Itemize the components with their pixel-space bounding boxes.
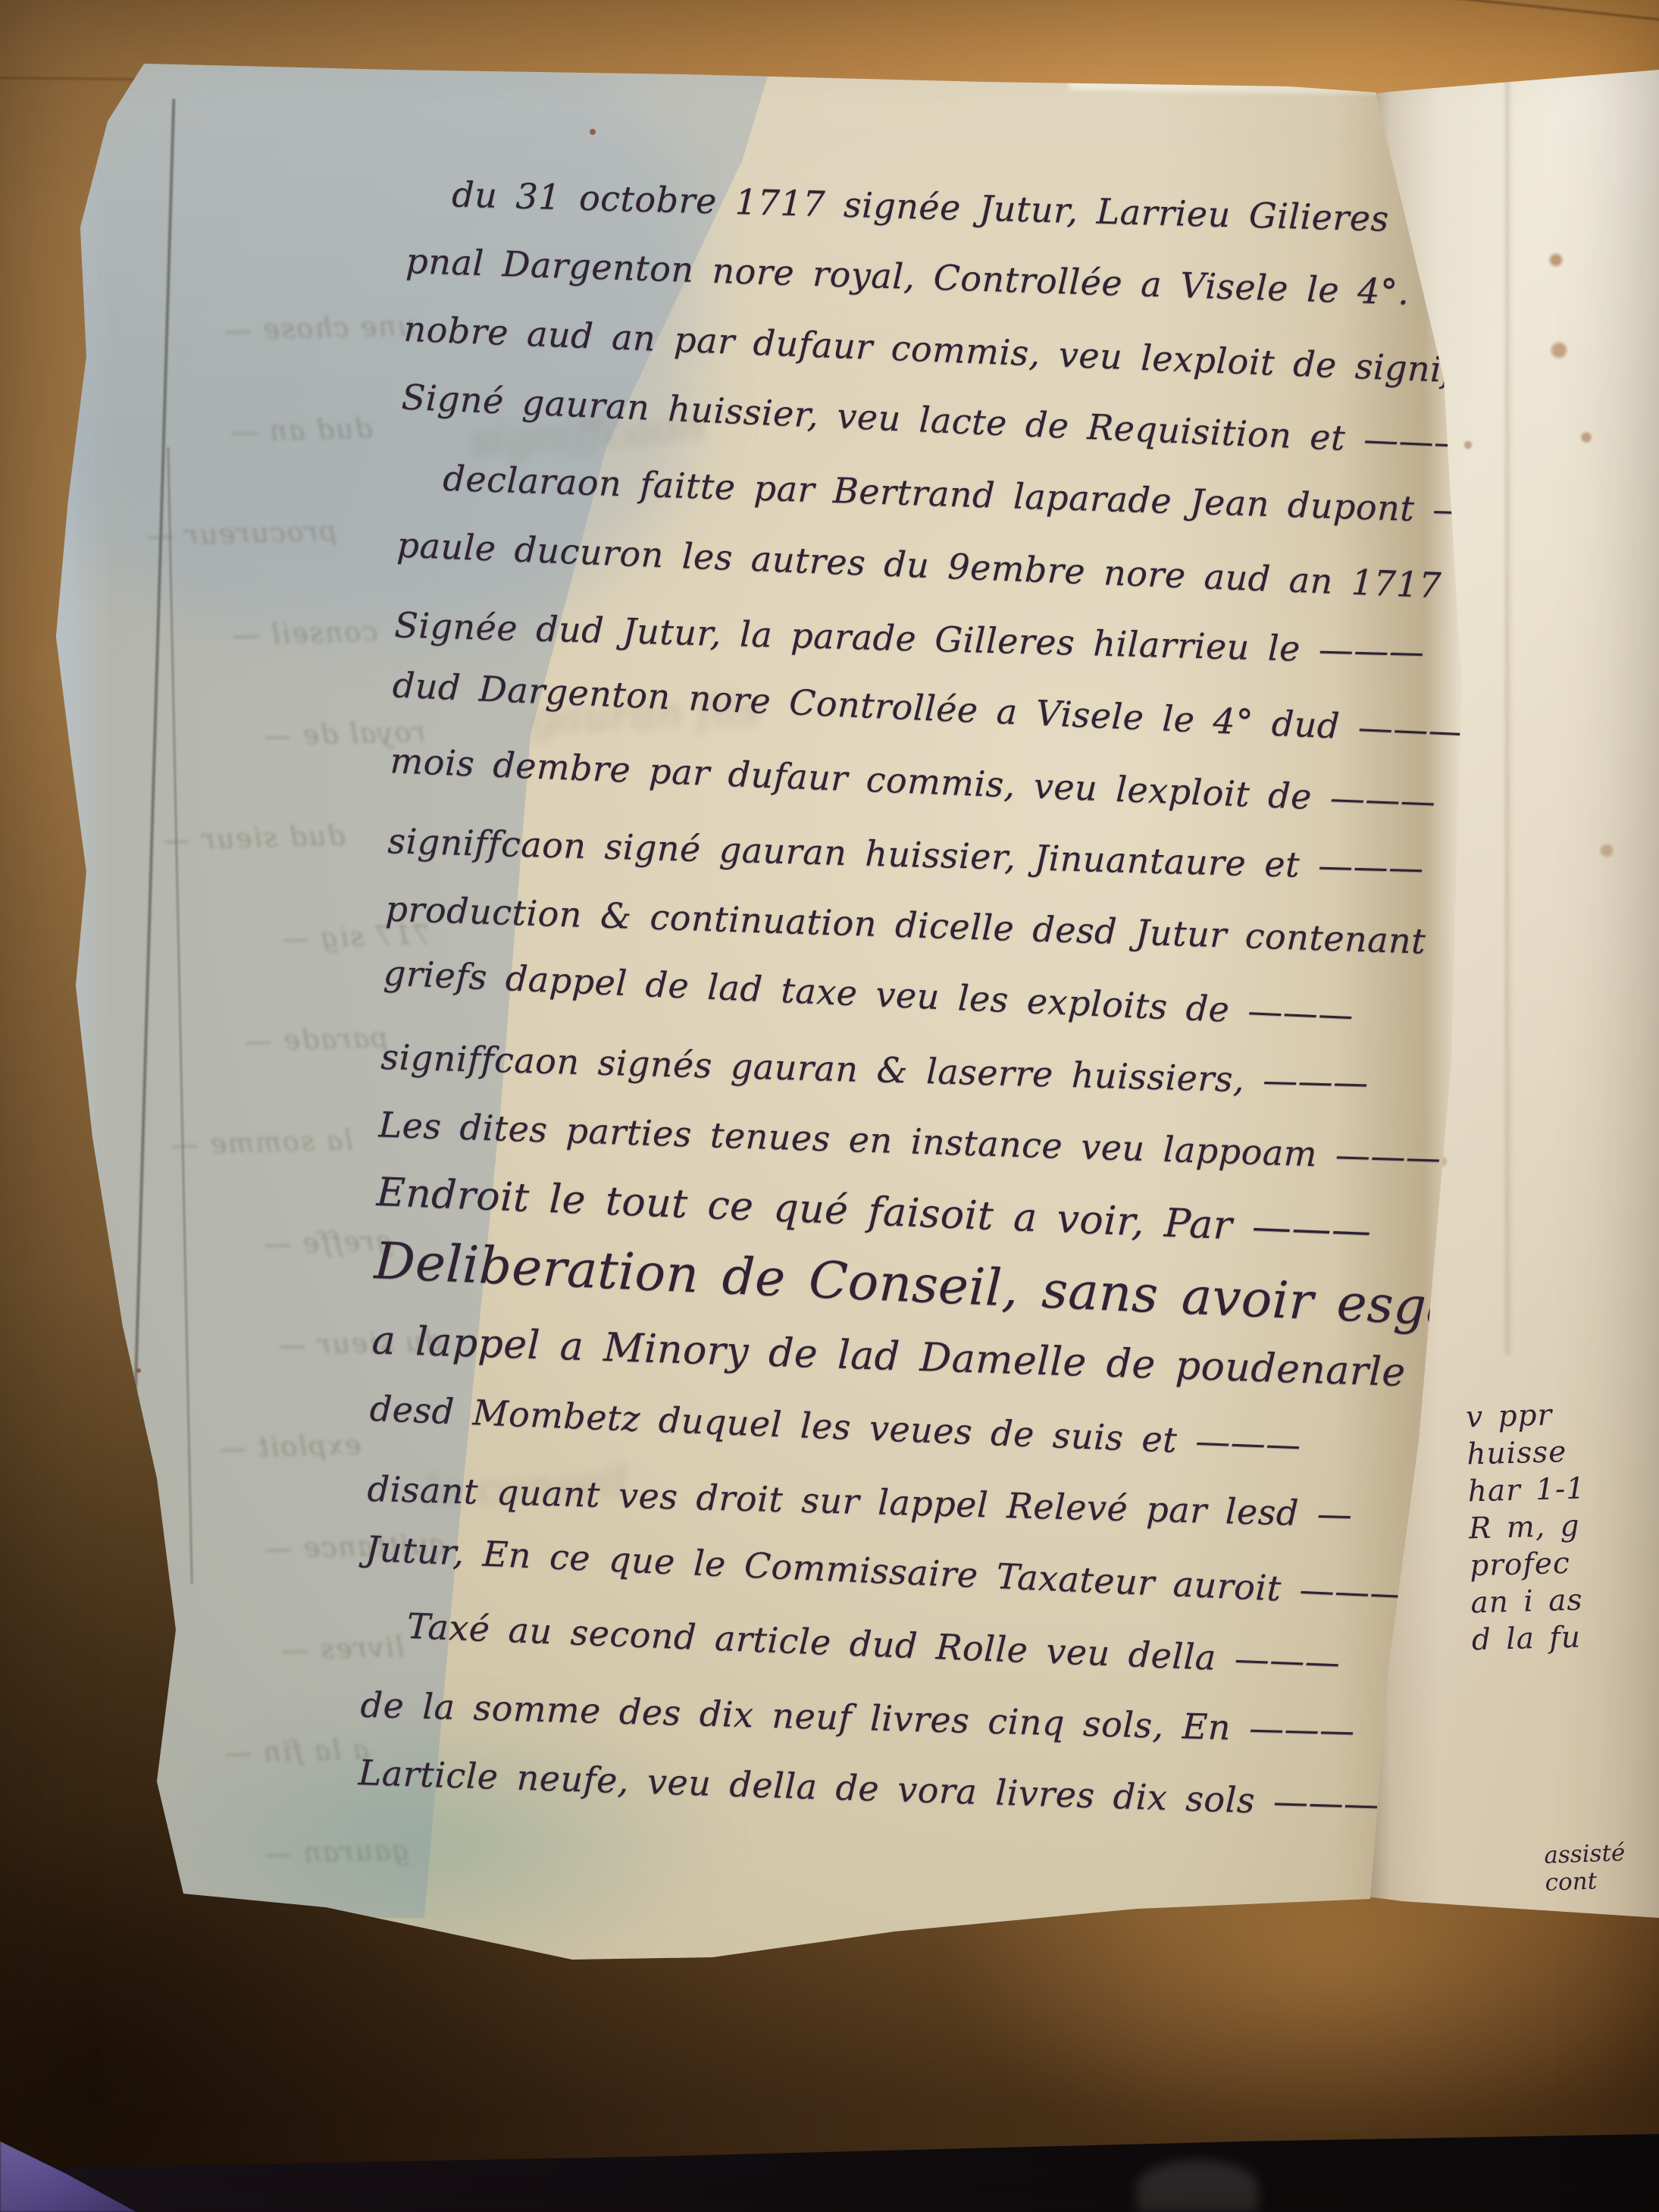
adjacent-page-line: d la fu: [1471, 1617, 1659, 1659]
adjacent-page-note-line: assisté: [1544, 1839, 1626, 1869]
adjacent-page-note: assisté cont: [1544, 1839, 1626, 1897]
adjacent-page-text: v ppr huisse har 1-1 R m, g profec an i …: [1466, 1394, 1659, 1659]
adjacent-page-line: huisse: [1466, 1431, 1659, 1474]
adjacent-page-note-line: cont: [1545, 1866, 1626, 1897]
manuscript-text-block: du 31 octobre 1717 signée Jutur, Larrieu…: [357, 153, 1454, 1841]
adjacent-page-line: profec: [1470, 1543, 1659, 1585]
photo-of-manuscript: v ppr huisse har 1-1 R m, g profec an i …: [0, 0, 1659, 2212]
show-through-line: dud an —: [38, 378, 374, 488]
table-leg-shadow: [1137, 2160, 1258, 2212]
adjacent-page-line: an i as: [1470, 1580, 1659, 1622]
show-through-line: procureur —: [40, 481, 338, 591]
ink-spot: [590, 129, 596, 135]
adjacent-page-line: v ppr: [1466, 1394, 1659, 1437]
show-through-line: royal de —: [45, 682, 427, 794]
show-through-line: 717 sig —: [51, 885, 432, 997]
show-through-line: dud sieur —: [49, 785, 346, 895]
show-through-line: parade —: [54, 988, 390, 1098]
manuscript-page: une chose — dud an — procureur — conseil…: [45, 53, 1470, 1979]
show-through-line: une chose —: [35, 276, 416, 387]
adjacent-page-line: har 1-1: [1467, 1468, 1659, 1511]
adjacent-page-line: R m, g: [1468, 1505, 1659, 1548]
show-through-line: conseil —: [43, 581, 379, 691]
show-through-line: la somme —: [56, 1090, 354, 1199]
